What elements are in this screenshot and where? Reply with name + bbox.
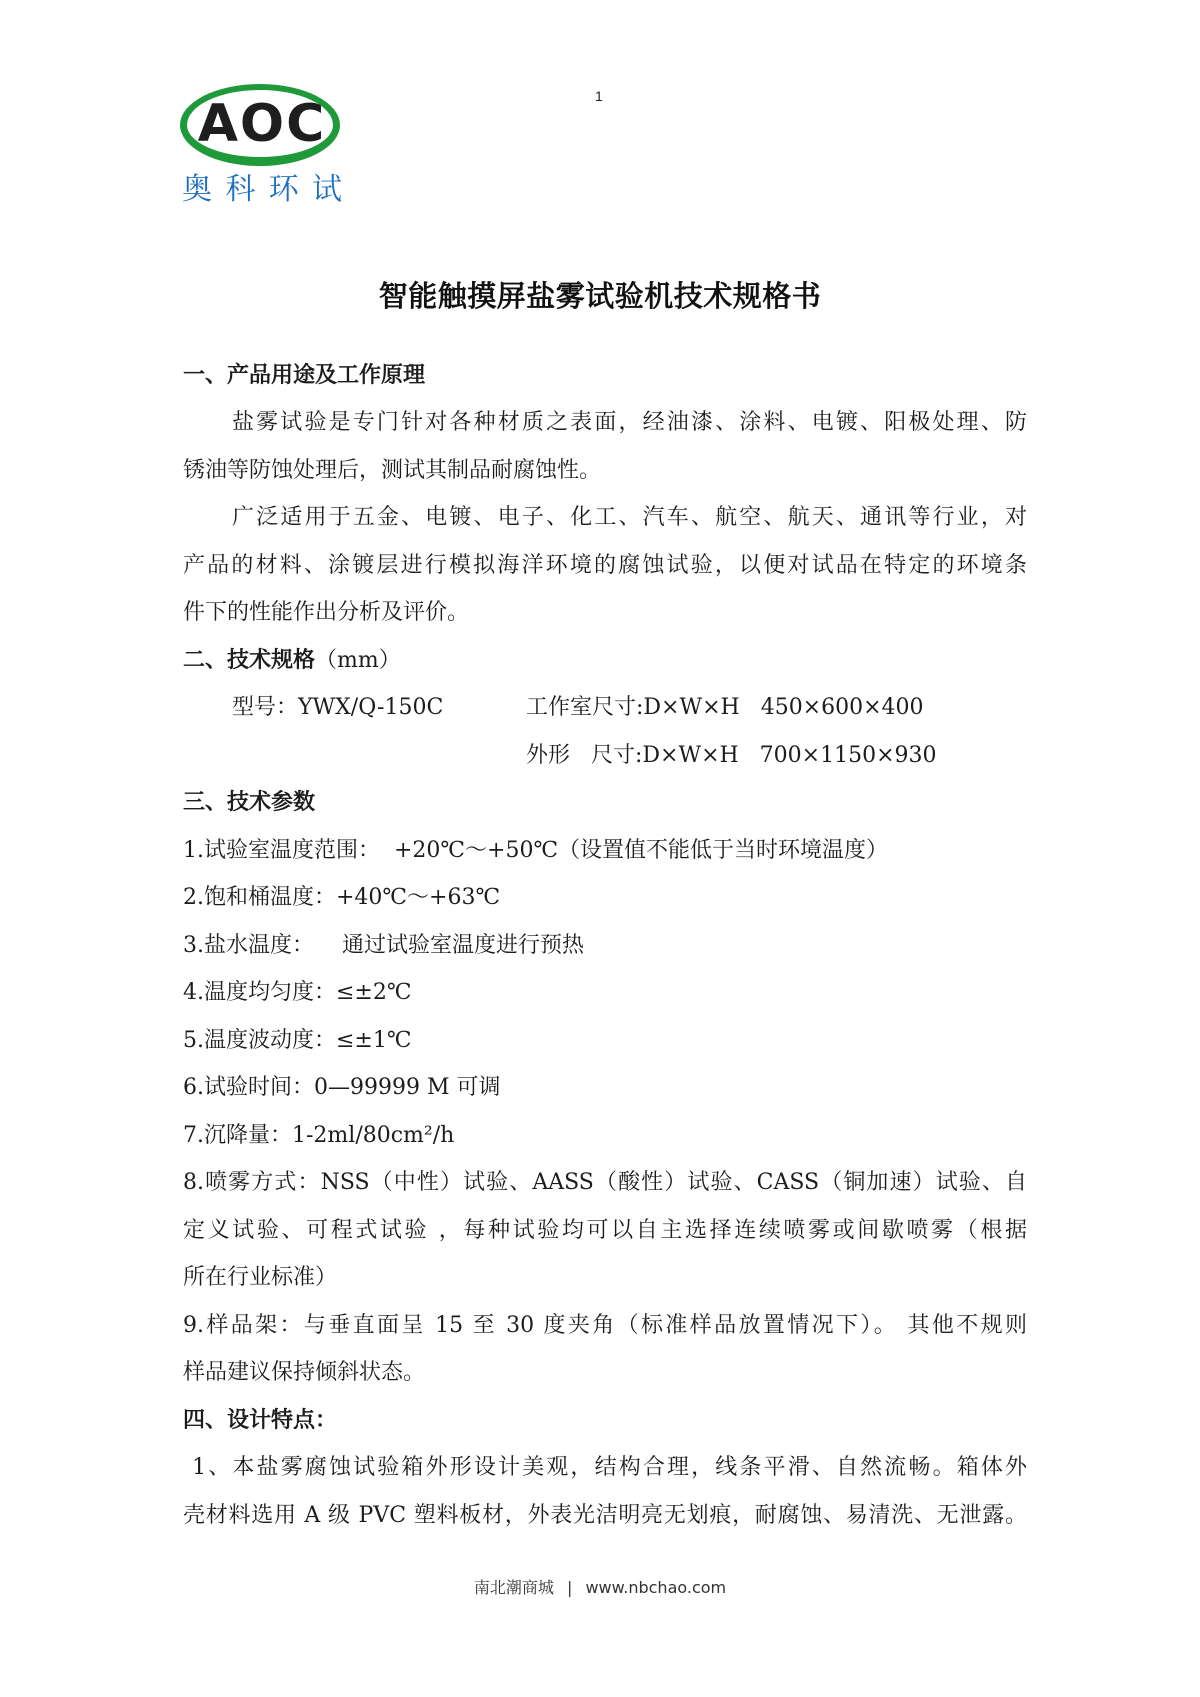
section-heading-specs: 二、技术规格（mm） — [183, 646, 401, 676]
parameter-item-continued: 样品建议保持倾斜状态。 — [183, 1358, 425, 1388]
section-heading-parameters: 三、技术参数 — [183, 788, 315, 818]
parameter-item: 2.饱和桶温度：+40℃～+63℃ — [183, 883, 500, 913]
logo-char: 试 — [312, 172, 342, 208]
parameter-item: 8.喷雾方式：NSS（中性）试验、AASS（酸性）试验、CASS（铜加速）试验、… — [183, 1168, 1027, 1198]
parameter-item: 4.温度均匀度：≤±2℃ — [183, 978, 411, 1008]
page-footer: 南北潮商城 | www.nbchao.com — [0, 1575, 1200, 1598]
paragraph-line: 盐雾试验是专门针对各种材质之表面，经油漆、涂料、电镀、阳极处理、防 — [232, 408, 1027, 438]
parameter-item: 3.盐水温度： 通过试验室温度进行预热 — [183, 931, 584, 961]
parameter-item: 7.沉降量：1-2ml/80cm²/h — [183, 1121, 454, 1151]
parameter-item: 9.样品架：与垂直面呈 15 至 30 度夹角（标准样品放置情况下）。 其他不规… — [183, 1311, 1027, 1341]
company-logo: AOC 奥 科 环 试 — [178, 80, 346, 210]
feature-line: 1、本盐雾腐蚀试验箱外形设计美观，结构合理，线条平滑、自然流畅。箱体外 — [183, 1453, 1027, 1483]
parameter-item: 5.温度波动度：≤±1℃ — [183, 1026, 411, 1056]
footer-site-name: 南北潮商城 — [474, 1578, 554, 1597]
paragraph-line: 锈油等防蚀处理后，测试其制品耐腐蚀性。 — [183, 456, 601, 486]
document-title: 智能触摸屏盐雾试验机技术规格书 — [0, 274, 1200, 315]
logo-char: 环 — [269, 172, 299, 208]
parameter-item: 6.试验时间：0—99999 M 可调 — [183, 1073, 501, 1103]
chamber-size: 工作室尺寸:D×W×H 450×600×400 — [526, 693, 924, 723]
heading-text: 二、技术规格 — [183, 648, 315, 673]
unit-label: （mm） — [315, 648, 401, 673]
feature-line: 壳材料选用 A 级 PVC 塑料板材，外表光洁明亮无划痕，耐腐蚀、易清洗、无泄露… — [183, 1501, 1027, 1531]
outer-size: 外形 尺寸:D×W×H 700×1150×930 — [526, 741, 937, 771]
logo-char: 科 — [225, 172, 255, 208]
paragraph-line: 产品的材料、涂镀层进行模拟海洋环境的腐蚀试验，以便对试品在特定的环境条 — [183, 551, 1027, 581]
parameter-item-continued: 定义试验、可程式试验 ，每种试验均可以自主选择连续喷雾或间歇喷雾（根据 — [183, 1216, 1027, 1246]
page-number: 1 — [595, 88, 603, 104]
logo-mark: AOC — [178, 94, 346, 154]
paragraph-line: 广泛适用于五金、电镀、电子、化工、汽车、航空、航天、通讯等行业，对 — [232, 503, 1027, 533]
paragraph-line: 件下的性能作出分析及评价。 — [183, 598, 469, 628]
footer-url[interactable]: www.nbchao.com — [585, 1578, 726, 1597]
logo-char: 奥 — [182, 172, 212, 208]
parameter-item: 1.试验室温度范围： +20℃～+50℃（设置值不能低于当时环境温度） — [183, 836, 888, 866]
model-number: 型号：YWX/Q-150C — [232, 693, 443, 723]
footer-separator: | — [567, 1578, 572, 1597]
section-heading-features: 四、设计特点： — [183, 1406, 337, 1436]
section-heading-purpose: 一、产品用途及工作原理 — [183, 361, 425, 391]
parameter-item-continued: 所在行业标准） — [183, 1263, 337, 1293]
logo-chinese-name: 奥 科 环 试 — [182, 172, 342, 208]
